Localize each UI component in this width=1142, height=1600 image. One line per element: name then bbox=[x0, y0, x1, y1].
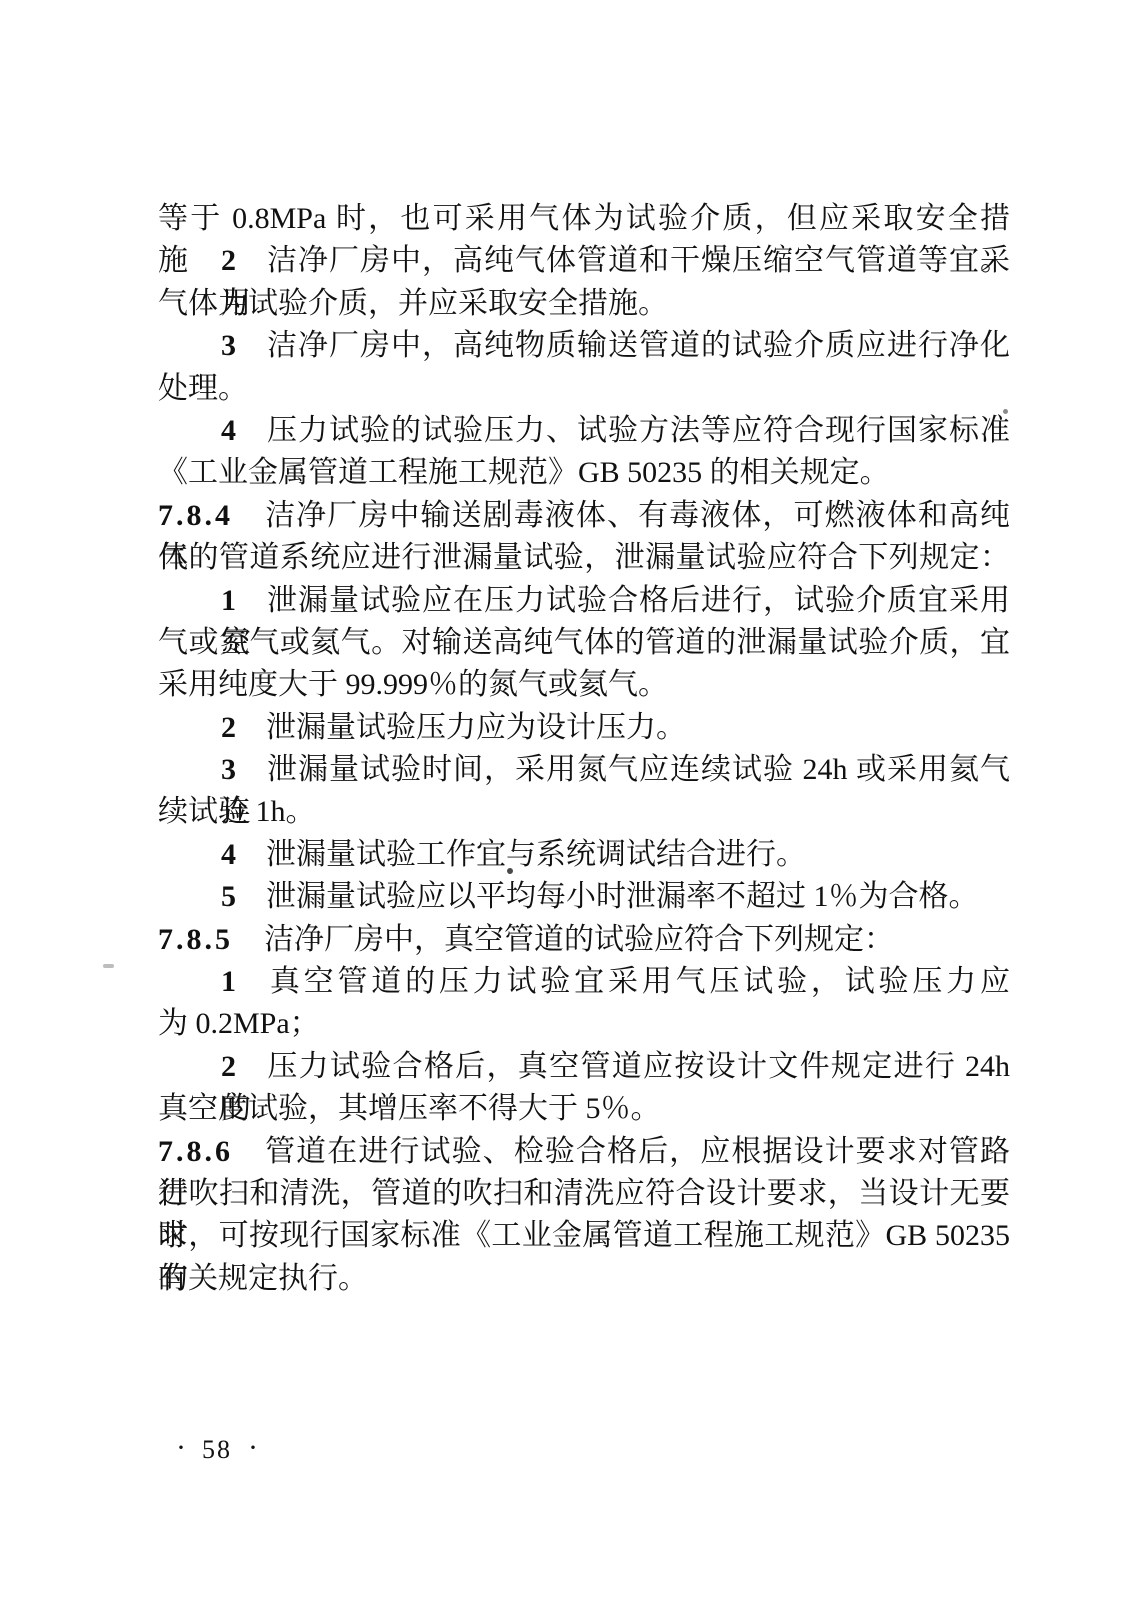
text-line: 1泄漏量试验应在压力试验合格后进行，试验介质宜采用空 bbox=[158, 580, 1010, 622]
scan-speck bbox=[103, 964, 114, 968]
text-line: 续试验 1h。 bbox=[158, 791, 1010, 833]
line-text: 压力试验的试验压力、试验方法等应符合现行国家标准 bbox=[266, 414, 1010, 447]
page-footer: ·58· bbox=[176, 1428, 258, 1468]
line-text: 洁净厂房中，高纯物质输送管道的试验介质应进行净化 bbox=[266, 329, 1010, 362]
text-line: 真空度试验，其增压率不得大于 5％。 bbox=[158, 1088, 1010, 1130]
item-number: 7.8.6 bbox=[158, 1135, 233, 1168]
text-line: 3洁净厂房中，高纯物质输送管道的试验介质应进行净化 bbox=[158, 325, 1010, 367]
line-text: 洁净厂房中，真空管道的试验应符合下列规定： bbox=[264, 923, 894, 956]
line-text: 体的管道系统应进行泄漏量试验，泄漏量试验应符合下列规定： bbox=[158, 541, 1010, 574]
text-line: 气体为试验介质，并应采取安全措施。 bbox=[158, 283, 1010, 325]
text-line: 等于 0.8MPa 时，也可采用气体为试验介质，但应采取安全措施。 bbox=[158, 198, 1010, 240]
line-text: 泄漏量试验应以平均每小时泄漏率不超过 1％为合格。 bbox=[266, 880, 979, 913]
scan-speck bbox=[1003, 409, 1008, 414]
text-line: 1真空管道的压力试验宜采用气压试验，试验压力应 bbox=[158, 961, 1010, 1003]
line-text: 气体为试验介质，并应采取安全措施。 bbox=[158, 287, 668, 320]
text-line: 2压力试验合格后，真空管道应按设计文件规定进行 24h 的 bbox=[158, 1046, 1010, 1088]
text-line: 处理。 bbox=[158, 368, 1010, 410]
item-number: 2 bbox=[221, 244, 239, 277]
item-number: 3 bbox=[221, 329, 239, 362]
text-line: 5泄漏量试验应以平均每小时泄漏率不超过 1％为合格。 bbox=[158, 876, 1010, 918]
text-line: 7.8.6管道在进行试验、检验合格后，应根据设计要求对管路进 bbox=[158, 1131, 1010, 1173]
text-line: 气或氮气或氦气。对输送高纯气体的管道的泄漏量试验介质，宜 bbox=[158, 622, 1010, 664]
line-text: 处理。 bbox=[158, 372, 248, 405]
text-line: 7.8.5洁净厂房中，真空管道的试验应符合下列规定： bbox=[158, 919, 1010, 961]
text-line: 2泄漏量试验压力应为设计压力。 bbox=[158, 707, 1010, 749]
line-text: 真空管道的压力试验宜采用气压试验，试验压力应 bbox=[266, 965, 1010, 998]
item-number: 5 bbox=[221, 880, 239, 913]
text-line: 采用纯度大于 99.999％的氮气或氦气。 bbox=[158, 664, 1010, 706]
line-text: 真空度试验，其增压率不得大于 5％。 bbox=[158, 1092, 661, 1125]
line-text: 为 0.2MPa； bbox=[158, 1007, 320, 1040]
text-line: 4压力试验的试验压力、试验方法等应符合现行国家标准 bbox=[158, 410, 1010, 452]
text-line: 为 0.2MPa； bbox=[158, 1003, 1010, 1045]
item-number: 7.8.4 bbox=[158, 499, 233, 532]
item-number: 7.8.5 bbox=[158, 923, 233, 956]
text-line: 时，可按现行国家标准《工业金属管道工程施工规范》GB 50235 的 bbox=[158, 1215, 1010, 1257]
item-number: 2 bbox=[221, 711, 239, 744]
line-text: 泄漏量试验工作宜与系统调试结合进行。 bbox=[266, 838, 806, 871]
text-block: 等于 0.8MPa 时，也可采用气体为试验介质，但应采取安全措施。 2洁净厂房中… bbox=[158, 198, 1010, 1300]
item-number: 3 bbox=[221, 753, 239, 786]
footer-left-dot: · bbox=[176, 1431, 186, 1464]
item-number: 4 bbox=[221, 838, 239, 871]
page-number: 58 bbox=[202, 1435, 232, 1464]
line-text: 续试验 1h。 bbox=[158, 795, 316, 828]
item-number: 4 bbox=[221, 414, 239, 447]
scanned-document-page: 等于 0.8MPa 时，也可采用气体为试验介质，但应采取安全措施。 2洁净厂房中… bbox=[0, 0, 1142, 1600]
text-line: 行吹扫和清洗，管道的吹扫和清洗应符合设计要求，当设计无要求 bbox=[158, 1173, 1010, 1215]
text-line: 有关规定执行。 bbox=[158, 1258, 1010, 1300]
text-line: 4泄漏量试验工作宜与系统调试结合进行。 bbox=[158, 834, 1010, 876]
line-text: 《工业金属管道工程施工规范》GB 50235 的相关规定。 bbox=[158, 456, 890, 489]
text-line: 3泄漏量试验时间，采用氮气应连续试验 24h 或采用氦气连 bbox=[158, 749, 1010, 791]
item-number: 2 bbox=[221, 1050, 239, 1083]
footer-right-dot: · bbox=[248, 1431, 258, 1464]
item-number: 1 bbox=[221, 584, 239, 617]
text-line: 《工业金属管道工程施工规范》GB 50235 的相关规定。 bbox=[158, 452, 1010, 494]
scan-speck bbox=[507, 868, 513, 874]
text-line: 2洁净厂房中，高纯气体管道和干燥压缩空气管道等宜采用 bbox=[158, 240, 1010, 282]
line-text: 泄漏量试验压力应为设计压力。 bbox=[266, 711, 686, 744]
item-number: 1 bbox=[221, 965, 239, 998]
text-line: 7.8.4洁净厂房中输送剧毒液体、有毒液体，可燃液体和高纯气 bbox=[158, 495, 1010, 537]
line-text: 采用纯度大于 99.999％的氮气或氦气。 bbox=[158, 668, 668, 701]
text-line: 体的管道系统应进行泄漏量试验，泄漏量试验应符合下列规定： bbox=[158, 537, 1010, 579]
line-text: 有关规定执行。 bbox=[158, 1262, 368, 1295]
line-text: 气或氮气或氦气。对输送高纯气体的管道的泄漏量试验介质，宜 bbox=[158, 626, 1010, 659]
